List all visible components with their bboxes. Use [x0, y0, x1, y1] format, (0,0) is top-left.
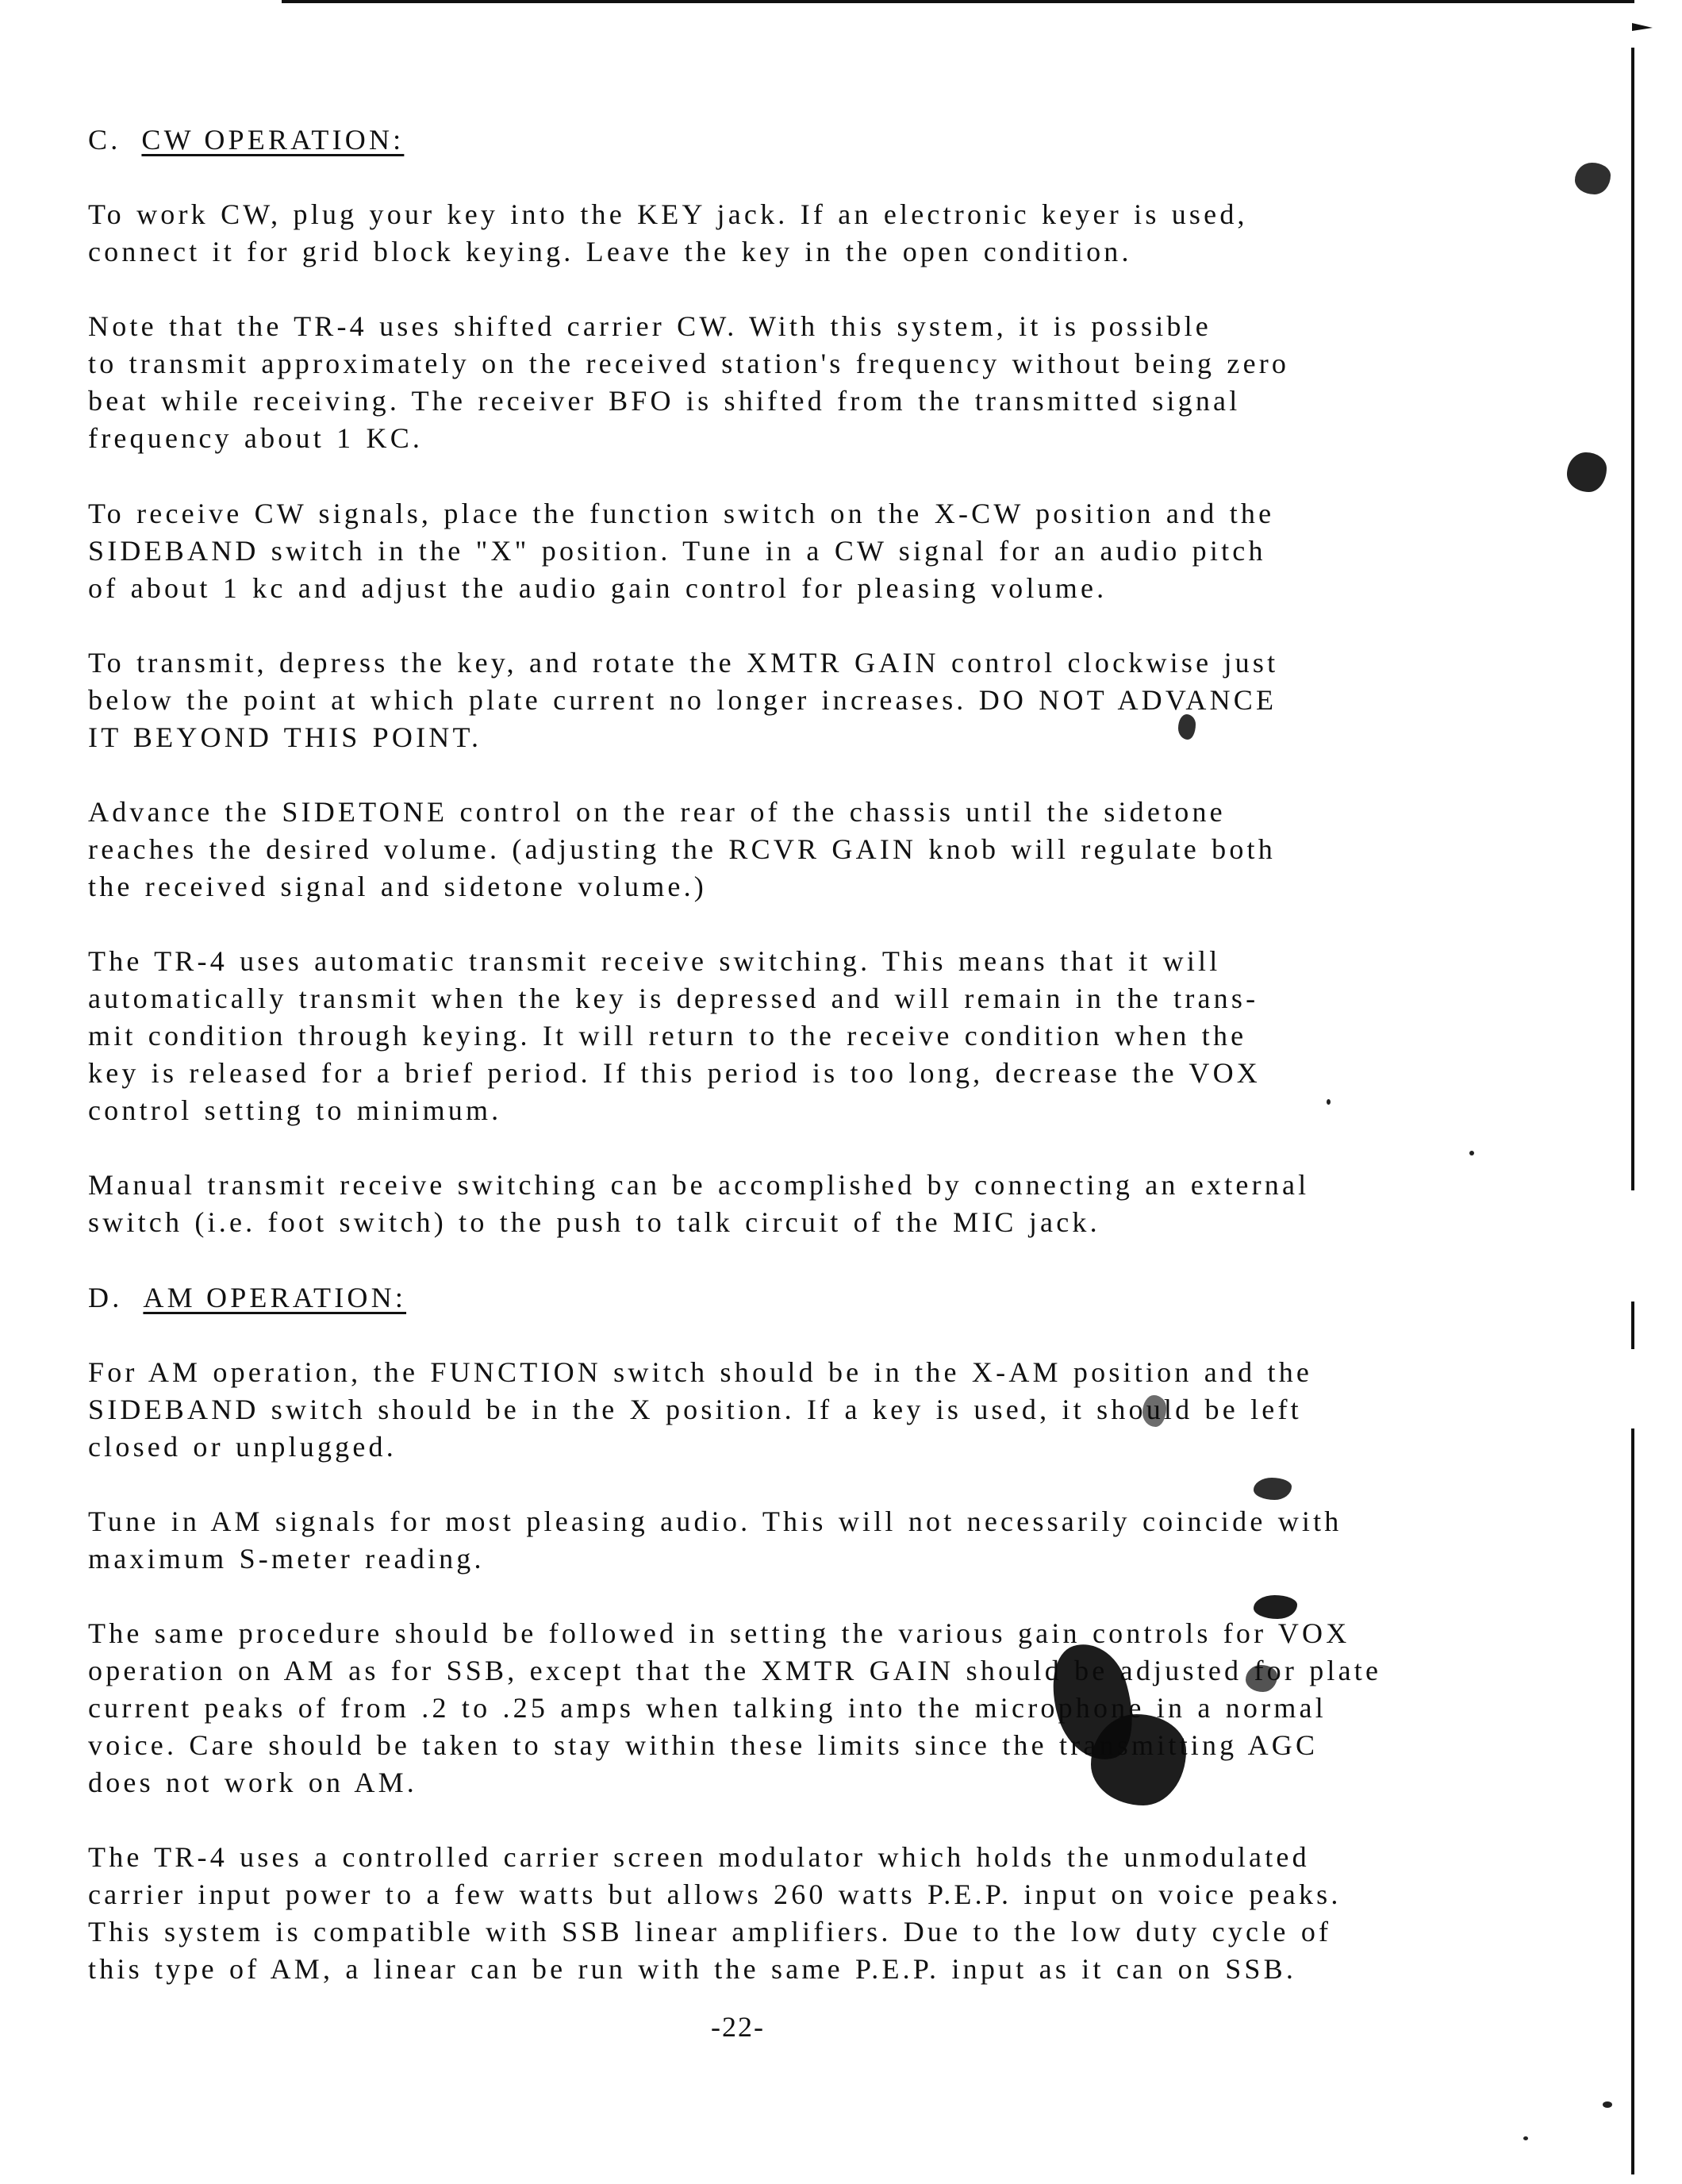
section-heading: C.CW OPERATION: [88, 122, 404, 157]
section-title: AM OPERATION: [143, 1282, 406, 1313]
section-letter: C. [88, 122, 121, 157]
scan-right-border [1631, 1302, 1634, 1349]
text-line: To work CW, plug your key into the KEY j… [88, 197, 1248, 232]
text-line: The TR-4 uses a controlled carrier scree… [88, 1840, 1310, 1874]
text-line: closed or unplugged. [88, 1429, 397, 1464]
text-line: For AM operation, the FUNCTION switch sh… [88, 1355, 1312, 1390]
text-line: Advance the SIDETONE control on the rear… [88, 794, 1226, 829]
text-line: of about 1 kc and adjust the audio gain … [88, 571, 1107, 606]
speck [1603, 2101, 1612, 2108]
text-line: To transmit, depress the key, and rotate… [88, 645, 1278, 680]
text-line: The TR-4 uses automatic transmit receive… [88, 944, 1220, 979]
ink-blot [1091, 1714, 1186, 1805]
text-line: To receive CW signals, place the functio… [88, 496, 1274, 531]
scanned-manual-page: C.CW OPERATION:To work CW, plug your key… [0, 0, 1682, 2184]
text-line: operation on AM as for SSB, except that … [88, 1653, 1381, 1688]
text-line: reaches the desired volume. (adjusting t… [88, 832, 1276, 867]
scan-top-border [282, 0, 1634, 3]
scan-corner-mark [1632, 23, 1653, 31]
text-line: key is released for a brief period. If t… [88, 1055, 1261, 1090]
text-line: to transmit approximately on the receive… [88, 346, 1289, 381]
scan-right-border [1631, 48, 1634, 1190]
scan-right-border [1631, 1428, 1634, 2174]
text-line: maximum S-meter reading. [88, 1541, 485, 1576]
section-heading: D.AM OPERATION: [88, 1280, 406, 1315]
text-line: mit condition through keying. It will re… [88, 1018, 1246, 1053]
text-line: control setting to minimum. [88, 1093, 501, 1128]
section-letter: D. [88, 1280, 122, 1315]
speck [1523, 2136, 1528, 2140]
text-line: this type of AM, a linear can be run wit… [88, 1951, 1296, 1986]
text-line: This system is compatible with SSB linea… [88, 1914, 1331, 1949]
text-line: Note that the TR-4 uses shifted carrier … [88, 309, 1212, 344]
text-line: Tune in AM signals for most pleasing aud… [88, 1504, 1342, 1539]
ink-blot [1254, 1478, 1292, 1500]
text-line: beat while receiving. The receiver BFO i… [88, 383, 1240, 418]
text-line: IT BEYOND THIS POINT. [88, 720, 482, 755]
speck [1469, 1151, 1474, 1155]
ink-blot [1178, 714, 1196, 740]
ink-blot [1567, 452, 1607, 492]
text-line: frequency about 1 KC. [88, 421, 423, 456]
text-line: connect it for grid block keying. Leave … [88, 234, 1132, 269]
text-line: below the point at which plate current n… [88, 682, 1277, 717]
text-line: automatically transmit when the key is d… [88, 981, 1258, 1016]
ink-blot [1575, 163, 1611, 194]
section-title: CW OPERATION: [141, 124, 404, 156]
speck [1327, 1099, 1331, 1105]
text-line: The same procedure should be followed in… [88, 1616, 1350, 1651]
text-line: SIDEBAND switch should be in the X posit… [88, 1392, 1302, 1427]
text-line: carrier input power to a few watts but a… [88, 1877, 1342, 1912]
text-line: the received signal and sidetone volume.… [88, 869, 707, 904]
page-number: -22- [0, 2009, 1476, 2044]
text-line: switch (i.e. foot switch) to the push to… [88, 1205, 1100, 1240]
text-line: does not work on AM. [88, 1765, 417, 1800]
text-line: Manual transmit receive switching can be… [88, 1167, 1309, 1202]
text-line: SIDEBAND switch in the "X" position. Tun… [88, 533, 1266, 568]
